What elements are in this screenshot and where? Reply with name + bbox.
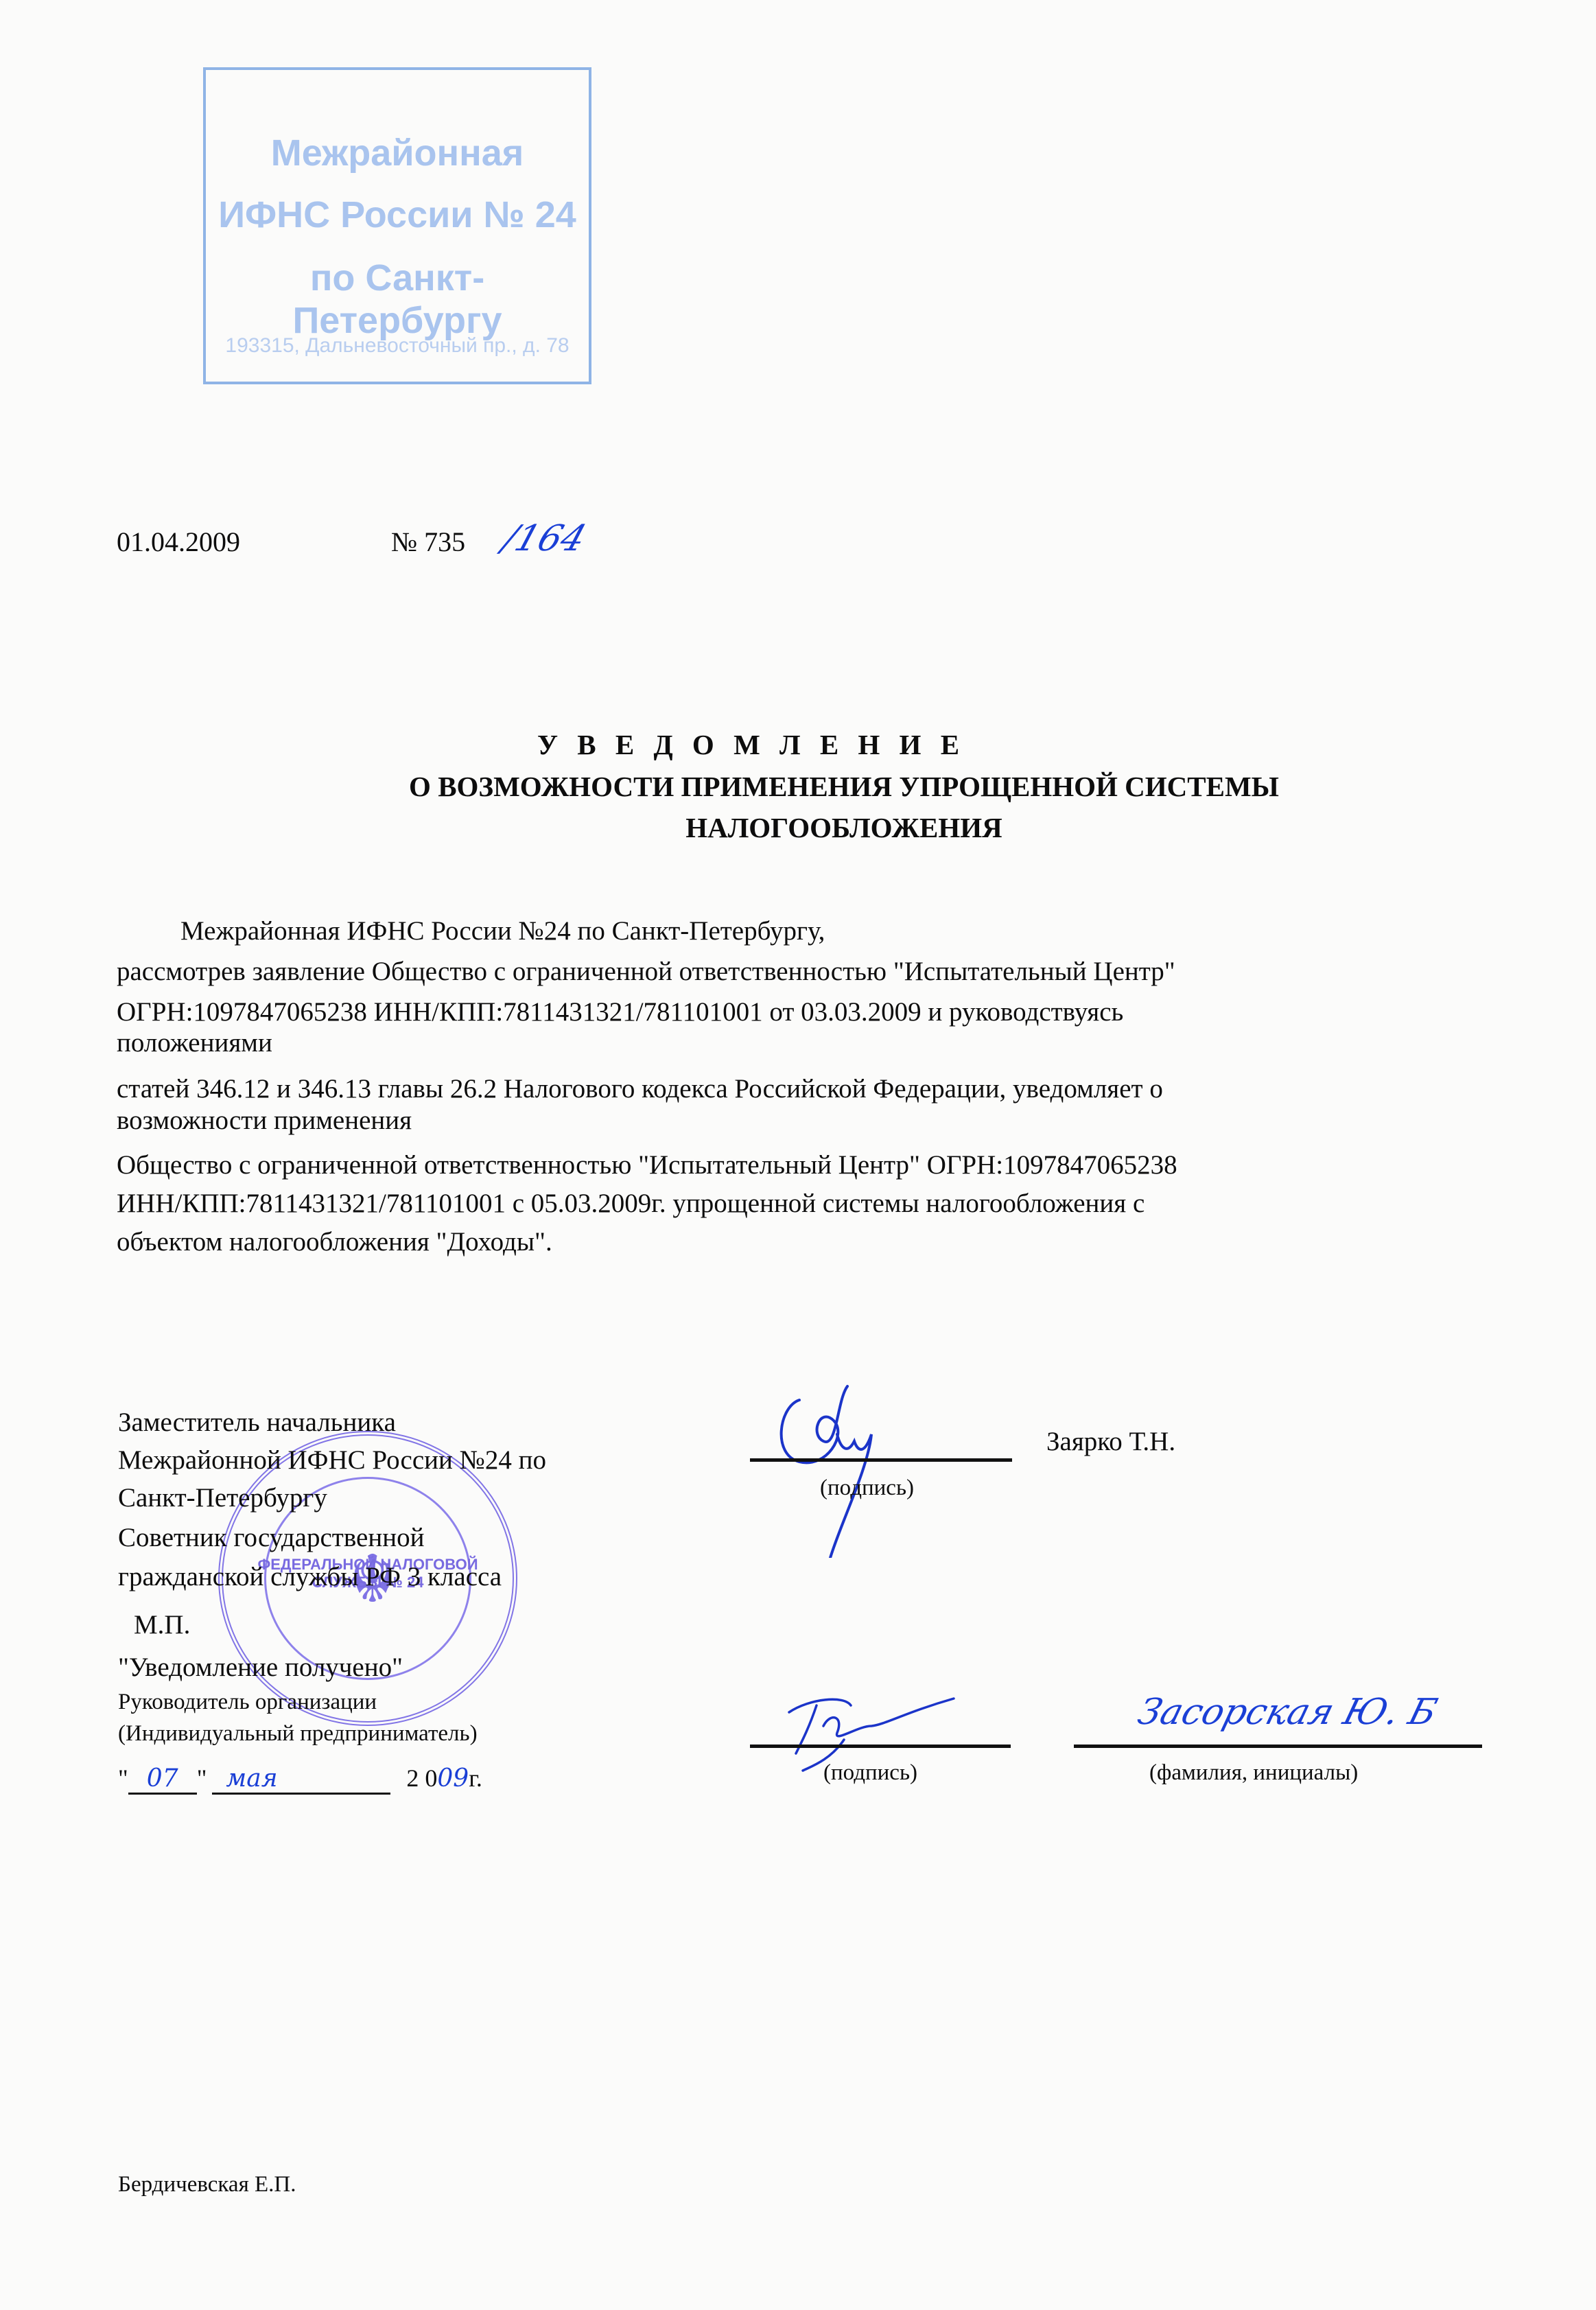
stamp-line-3: по Санкт-Петербургу (206, 257, 589, 342)
receipt-label: "Уведомление получено" (118, 1652, 403, 1683)
position-line: Заместитель начальника (118, 1407, 396, 1438)
body-line: Межрайонная ИФНС России №24 по Санкт-Пет… (180, 918, 825, 944)
document-subtitle-line-1: О ВОЗМОЖНОСТИ ПРИМЕНЕНИЯ УПРОЩЕННОЙ СИСТ… (288, 773, 1400, 801)
seal-placeholder-label: М.П. (134, 1609, 190, 1640)
position-line: гражданской службы РФ 3 класса (118, 1561, 502, 1592)
stamp-line-2: ИФНС России № 24 (206, 194, 589, 236)
body-line: статей 346.12 и 346.13 главы 26.2 Налого… (117, 1075, 1163, 1102)
receipt-date-year-suffix: г. (469, 1764, 482, 1792)
signature-line (750, 1458, 1012, 1462)
receipt-name-caption: (фамилия, инициалы) (1149, 1760, 1358, 1786)
receipt-date-day: 07 (128, 1764, 197, 1795)
body-line: Общество с ограниченной ответственностью… (117, 1152, 1177, 1178)
receipt-date-quote-open: " (118, 1764, 128, 1792)
signature-caption: (подпись) (820, 1475, 914, 1501)
stamp-line-1: Межрайонная (206, 132, 589, 174)
body-line: ОГРН:1097847065238 ИНН/КПП:7811431321/78… (117, 999, 1123, 1025)
receipt-date-month: мая (212, 1764, 390, 1795)
position-line: Межрайонной ИФНС России №24 по (118, 1445, 546, 1475)
receipt-role-line-1: Руководитель организации (118, 1690, 377, 1715)
document-title: У В Е Д О М Л Е Н И Е (443, 731, 1060, 759)
receipt-signature-caption: (подпись) (823, 1760, 917, 1786)
receipt-name-line (1074, 1745, 1482, 1748)
receipt-role-line-2: (Индивидуальный предприниматель) (118, 1721, 478, 1747)
document-date: 01.04.2009 (117, 528, 240, 556)
body-line: возможности применения (117, 1107, 412, 1134)
receipt-handwritten-name: Засорская Ю. Б (1134, 1692, 1442, 1733)
body-line: положениями (117, 1029, 272, 1056)
executor-name: Бердичевская Е.П. (118, 2172, 296, 2197)
body-line: объектом налогообложения "Доходы". (117, 1228, 552, 1255)
stamp-address: 193315, Дальневосточный пр., д. 78 (206, 334, 589, 358)
receipt-date-quote-mid: " (197, 1764, 207, 1792)
body-line: рассмотрев заявление Общество с ограниче… (117, 958, 1175, 985)
position-line: Советник государственной (118, 1522, 424, 1553)
body-line: ИНН/КПП:7811431321/781101001 с 05.03.200… (117, 1190, 1145, 1217)
receipt-date-year-prefix: 2 0 (406, 1764, 437, 1792)
receipt-date: "07"мая 2 009г. (118, 1764, 482, 1795)
handwritten-reg-number: /164 (497, 518, 591, 559)
incoming-stamp: Межрайонная ИФНС России № 24 по Санкт-Пе… (203, 67, 591, 384)
receipt-date-year: 09 (437, 1764, 469, 1793)
receipt-signature-line (750, 1745, 1011, 1748)
position-line: Санкт-Петербургу (118, 1482, 327, 1513)
document-subtitle-line-2: НАЛОГООБЛОЖЕНИЯ (288, 814, 1400, 842)
signer-name: Заярко Т.Н. (1046, 1426, 1175, 1457)
document-number: № 735 (391, 528, 465, 556)
